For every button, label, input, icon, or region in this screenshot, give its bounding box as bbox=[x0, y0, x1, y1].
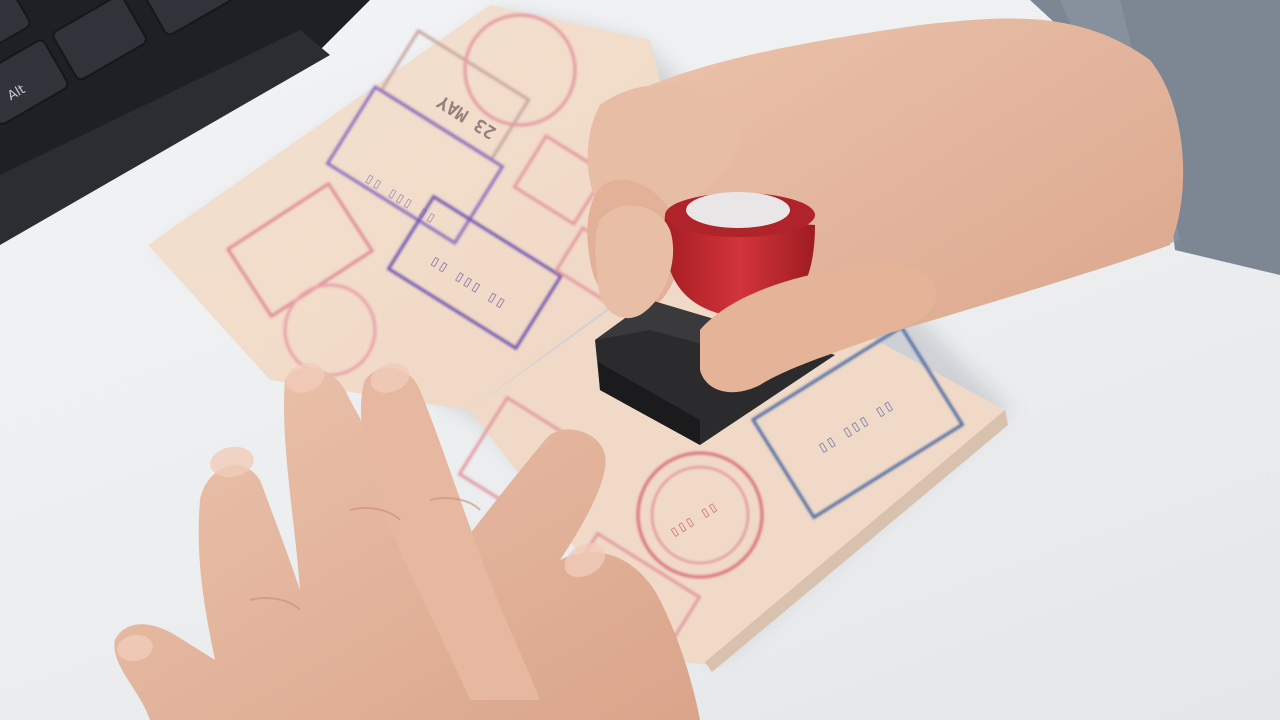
photo-illustration: Alt 23 MAY ▯▯ ▯▯▯ ▯▯ ▯▯ ▯▯▯ ▯▯ bbox=[0, 0, 1280, 720]
photo-scene: Hand pressing a red-handled rubber stamp… bbox=[0, 0, 1280, 720]
